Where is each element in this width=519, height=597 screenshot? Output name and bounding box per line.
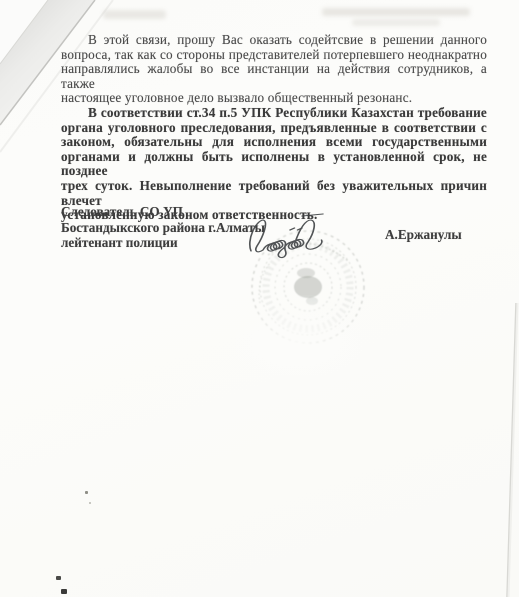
- ink-speck: [89, 502, 91, 504]
- body-line: настоящее уголовное дело вызвало обществ…: [61, 91, 487, 106]
- body-line: В соответствии ст.34 п.5 УПК Республики …: [61, 106, 487, 121]
- ink-speck: [85, 491, 88, 494]
- body-line: направлялись жалобы во все инстанции на …: [61, 62, 487, 91]
- ink-speck: [61, 589, 67, 594]
- paragraph-1: В этой связи, прошу Вас оказать содейтсв…: [61, 33, 487, 106]
- handwritten-signature: [236, 206, 356, 262]
- body-line: В этой связи, прошу Вас оказать содейтсв…: [61, 33, 487, 48]
- body-line: вопроса, так как со стороны представител…: [61, 48, 487, 63]
- signer-name: А.Ержанулы: [385, 227, 462, 243]
- letter-body: В этой связи, прошу Вас оказать содейтсв…: [61, 33, 487, 223]
- body-line: законом, обязательны для исполнения всем…: [61, 135, 487, 150]
- body-line: органами и должны быть исполнены в устан…: [61, 150, 487, 179]
- ink-speck: [56, 576, 61, 580]
- body-line: органа уголовного преследования, предъяв…: [61, 121, 487, 136]
- scanned-document-page: В этой связи, прошу Вас оказать содейтсв…: [0, 0, 519, 597]
